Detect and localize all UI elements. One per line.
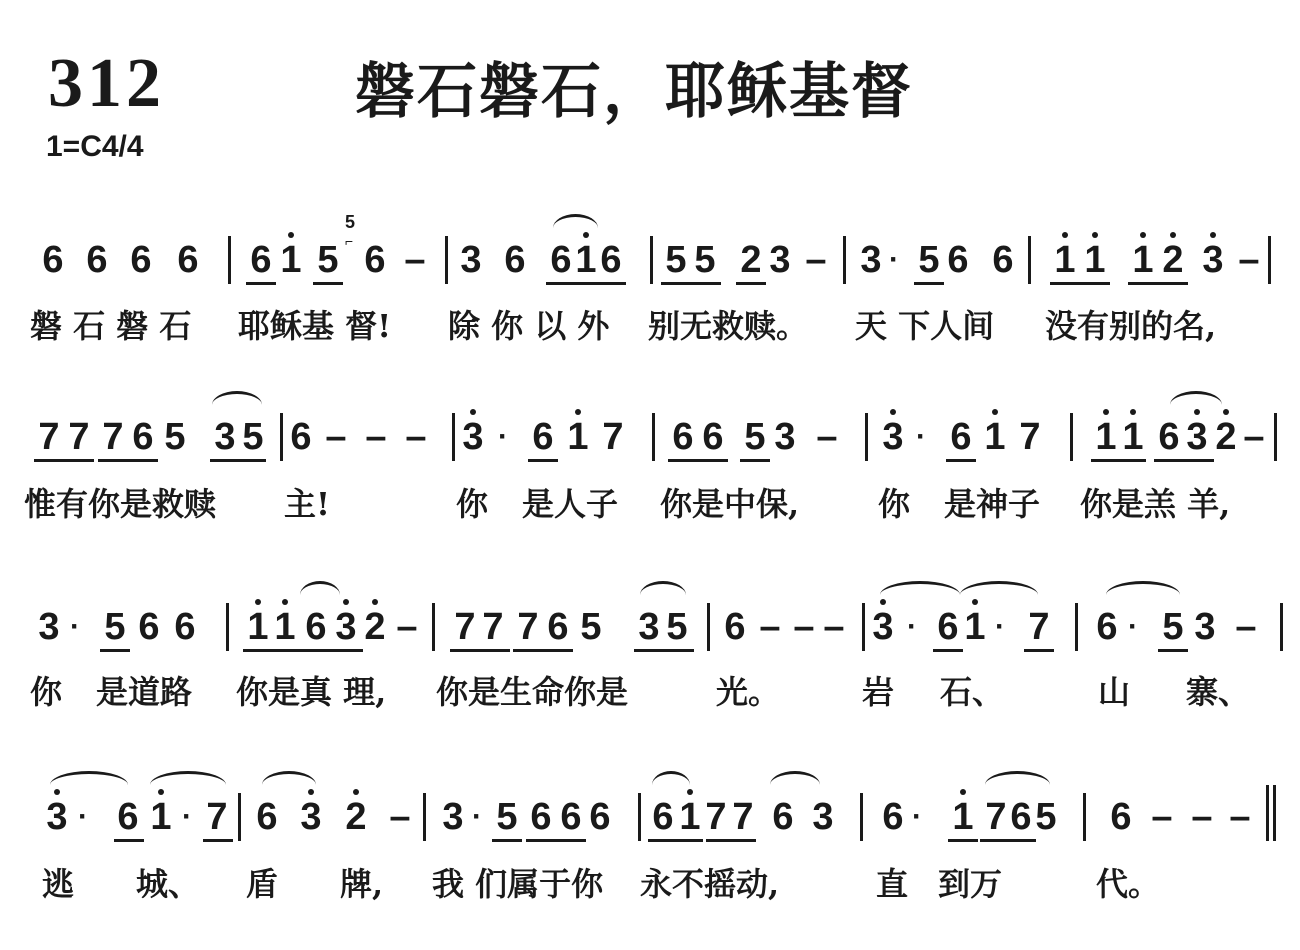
high-octave-dot [1140,232,1146,238]
eighth-note-underline [546,282,626,285]
lyric-phrase: 没有别的名, [1045,308,1216,344]
high-octave-dot [470,409,476,415]
note: 5 [102,607,128,647]
lyric-phrase: 寨、 [1186,674,1250,710]
note: 7 [1026,607,1052,647]
eighth-note-underline [528,459,558,462]
bar-line [226,603,229,651]
note: 6 [650,797,676,837]
note: 3 [460,417,486,457]
lyric-phrase: 牌, [340,866,383,902]
slur-arc [1170,391,1222,405]
note: 5 [742,417,768,457]
lyric-phrase: 你是生命你是 [436,674,628,710]
note-dash: – [1234,607,1258,647]
key-time-signature: 1=C4/4 [46,130,144,164]
note: 6 [548,240,574,280]
bar-line [862,603,865,651]
note-dot: · [914,417,928,457]
bar-line [865,413,868,461]
note: 6 [598,240,624,280]
lyric-phrase: 天 下人间 [855,308,994,344]
note: 6 [362,240,388,280]
note: 1 [950,797,976,837]
lyric-phrase: 石、 [940,674,1004,710]
lyric-phrase: 盾 [246,866,278,902]
eighth-note-underline [243,649,303,652]
eighth-note-underline [1050,282,1110,285]
slur-arc [985,771,1050,785]
note: 6 [128,240,154,280]
lyric-phrase: 是神子 [944,486,1040,522]
note: 2 [738,240,764,280]
note: 6 [1008,797,1034,837]
eighth-note-underline [313,282,343,285]
lyric-phrase: 岩 [862,674,894,710]
eighth-note-underline [210,459,266,462]
lyric-phrase: 山 [1098,674,1130,710]
note: 6 [303,607,329,647]
note: 3 [1184,417,1210,457]
slur-arc [553,214,598,228]
note: 7 [983,797,1009,837]
note: 3 [858,240,884,280]
eighth-note-underline [100,649,130,652]
eighth-note-underline [948,839,978,842]
high-octave-dot [687,789,693,795]
bar-line [650,236,653,284]
eighth-note-underline [946,459,976,462]
note: 5 [1160,607,1186,647]
note-dash: – [1190,797,1214,837]
note: 1 [962,607,988,647]
note: 5 [916,240,942,280]
slur-arc [960,581,1038,595]
high-octave-dot [353,789,359,795]
high-octave-dot [1223,409,1229,415]
high-octave-dot [1194,409,1200,415]
eighth-note-underline [1128,282,1188,285]
eighth-note-underline [668,459,728,462]
note: 6 [770,797,796,837]
lyric-phrase: 你是中保, [660,486,799,522]
note: 6 [722,607,748,647]
note: 6 [1094,607,1120,647]
eighth-note-underline [706,839,756,842]
note-dash: – [1242,417,1266,457]
note-dash: – [403,240,427,280]
note-dot: · [993,607,1007,647]
lyric-phrase: 永不摇动, [640,866,779,902]
bar-line [423,793,426,841]
note: 5 [240,417,266,457]
note: 3 [458,240,484,280]
lyric-phrase: 你 [456,486,488,522]
grace-note: 5⌐ [345,213,355,250]
note: 6 [880,797,906,837]
eighth-note-underline [98,459,158,462]
note: 3 [298,797,324,837]
note: 3 [880,417,906,457]
note: 6 [175,240,201,280]
note-dash: – [1237,240,1261,280]
note: 3 [1200,240,1226,280]
note: 6 [990,240,1016,280]
bar-line [1280,603,1283,651]
slur-arc [640,581,686,595]
bar-line [452,413,455,461]
note: 6 [670,417,696,457]
lyric-phrase: 你 [878,486,910,522]
note: 6 [700,417,726,457]
bar-line [652,413,655,461]
eighth-note-underline [34,459,94,462]
bar-line [228,236,231,284]
eighth-note-underline [246,282,276,285]
high-octave-dot [255,599,261,605]
eighth-note-underline [1158,649,1188,652]
slur-arc [880,581,960,595]
eighth-note-underline [914,282,944,285]
lyric-phrase: 逃 [42,866,74,902]
note: 1 [982,417,1008,457]
final-double-bar-line [1266,785,1269,841]
slur-arc [300,581,340,595]
high-octave-dot [282,599,288,605]
note: 7 [600,417,626,457]
note: 1 [565,417,591,457]
note: 6 [587,797,613,837]
eighth-note-underline [648,839,703,842]
note-dash: – [815,417,839,457]
lyric-phrase: 惟有你是救赎 [24,486,216,522]
eighth-note-underline [1091,459,1146,462]
eighth-note-underline [1154,459,1214,462]
bar-line [1274,413,1277,461]
note-dot: · [496,417,510,457]
note: 1 [573,240,599,280]
note-dot: · [470,797,484,837]
note: 7 [515,607,541,647]
eighth-note-underline [740,459,770,462]
high-octave-dot [1103,409,1109,415]
note: 3 [1192,607,1218,647]
note: 6 [528,797,554,837]
eighth-note-underline [114,839,144,842]
high-octave-dot [1170,232,1176,238]
note: 1 [278,240,304,280]
note: 5 [663,240,689,280]
high-octave-dot [308,789,314,795]
note: 1 [272,607,298,647]
note: 2 [362,607,388,647]
note: 1 [1130,240,1156,280]
note: 7 [730,797,756,837]
bar-line [1268,236,1271,284]
note: 7 [452,607,478,647]
high-octave-dot [960,789,966,795]
eighth-note-underline [1024,649,1054,652]
high-octave-dot [583,232,589,238]
note-dot: · [887,240,901,280]
note-dot: · [910,797,924,837]
final-double-bar-line [1273,785,1276,841]
slur-arc [1106,581,1180,595]
note: 1 [1082,240,1108,280]
note: 3 [870,607,896,647]
lyric-phrase: 你是真 理, [236,674,386,710]
note: 6 [136,607,162,647]
note-dash: – [324,417,348,457]
bar-line [638,793,641,841]
note: 7 [703,797,729,837]
note: 6 [935,607,961,647]
note: 5 [692,240,718,280]
note-dash: – [404,417,428,457]
note: 3 [772,417,798,457]
note: 3 [36,607,62,647]
slur-arc [770,771,820,785]
high-octave-dot [1130,409,1136,415]
note: 6 [248,240,274,280]
bar-line [707,603,710,651]
bar-line [445,236,448,284]
note: 1 [245,607,271,647]
lyric-phrase: 你是羔 羊, [1080,486,1230,522]
note: 3 [333,607,359,647]
eighth-note-underline [450,649,510,652]
eighth-note-underline [661,282,721,285]
note: 1 [148,797,174,837]
note: 6 [40,240,66,280]
bar-line [1070,413,1073,461]
note: 7 [66,417,92,457]
slur-arc [212,391,262,405]
lyric-phrase: 别无救赎。 [648,308,808,344]
high-octave-dot [1210,232,1216,238]
note: 5 [578,607,604,647]
note-dash: – [1150,797,1174,837]
lyric-phrase: 磐 石 磐 石 [30,308,191,344]
note: 6 [288,417,314,457]
high-octave-dot [54,789,60,795]
note: 7 [36,417,62,457]
note-dot: · [68,607,82,647]
hymn-number: 312 [48,44,165,124]
eighth-note-underline [492,839,522,842]
note: 3 [810,797,836,837]
bar-line [1028,236,1031,284]
note: 6 [530,417,556,457]
high-octave-dot [372,599,378,605]
note: 3 [44,797,70,837]
note: 3 [767,240,793,280]
high-octave-dot [972,599,978,605]
note: 6 [948,417,974,457]
note-dash: – [758,607,782,647]
eighth-note-underline [203,839,233,842]
eighth-note-underline [980,839,1036,842]
note: 6 [545,607,571,647]
lyric-phrase: 光。 [716,674,780,710]
note: 7 [204,797,230,837]
note: 2 [1213,417,1239,457]
note: 6 [945,240,971,280]
note: 6 [502,240,528,280]
eighth-note-underline [933,649,963,652]
bar-line [860,793,863,841]
bar-line [1075,603,1078,651]
note-dot: · [1126,607,1140,647]
note: 6 [1156,417,1182,457]
high-octave-dot [158,789,164,795]
note: 1 [1120,417,1146,457]
lyric-phrase: 城、 [136,866,200,902]
bar-line [280,413,283,461]
lyric-phrase: 除 你 以 外 [448,308,609,344]
note: 6 [172,607,198,647]
note: 1 [1052,240,1078,280]
note: 7 [100,417,126,457]
high-octave-dot [880,599,886,605]
note: 2 [343,797,369,837]
lyric-phrase: 是人子 [522,486,618,522]
note: 3 [212,417,238,457]
high-octave-dot [288,232,294,238]
bar-line [843,236,846,284]
bar-line [1083,793,1086,841]
note: 3 [636,607,662,647]
high-octave-dot [992,409,998,415]
lyric-phrase: 代。 [1096,866,1160,902]
note: 6 [1108,797,1134,837]
note: 5 [162,417,188,457]
hymn-title: 磐石磐石，耶稣基督 [355,44,913,130]
note: 1 [677,797,703,837]
note: 6 [84,240,110,280]
note-dot: · [905,607,919,647]
note: 7 [480,607,506,647]
eighth-note-underline [513,649,573,652]
note-dot: · [180,797,194,837]
note-dash: – [792,607,816,647]
eighth-note-underline [301,649,363,652]
note: 2 [1160,240,1186,280]
lyric-phrase: 是道路 [96,674,192,710]
high-octave-dot [1092,232,1098,238]
note: 6 [254,797,280,837]
note-dash: – [804,240,828,280]
note-dot: · [76,797,90,837]
slur-arc [150,771,226,785]
note-dash: – [395,607,419,647]
slur-arc [50,771,128,785]
note: 6 [130,417,156,457]
high-octave-dot [890,409,896,415]
note-dash: – [1228,797,1252,837]
slur-arc [262,771,316,785]
note-dash: – [364,417,388,457]
lyric-phrase: 耶稣基 督! [238,308,391,344]
lyric-phrase: 到万 [938,866,1002,902]
slur-arc [652,771,690,785]
note: 6 [558,797,584,837]
note: 1 [1093,417,1119,457]
eighth-note-underline [736,282,766,285]
note: 5 [315,240,341,280]
note: 6 [115,797,141,837]
note: 3 [440,797,466,837]
note: 5 [494,797,520,837]
eighth-note-underline [526,839,586,842]
high-octave-dot [343,599,349,605]
note: 7 [1017,417,1043,457]
high-octave-dot [1062,232,1068,238]
note-dash: – [388,797,412,837]
note: 5 [1033,797,1059,837]
high-octave-dot [575,409,581,415]
lyric-phrase: 主! [284,486,330,522]
bar-line [432,603,435,651]
bar-line [238,793,241,841]
note: 5 [664,607,690,647]
lyric-phrase: 你 [30,674,62,710]
eighth-note-underline [634,649,694,652]
lyric-phrase: 直 [876,866,908,902]
note-dash: – [822,607,846,647]
lyric-phrase: 我 们属于你 [432,866,603,902]
